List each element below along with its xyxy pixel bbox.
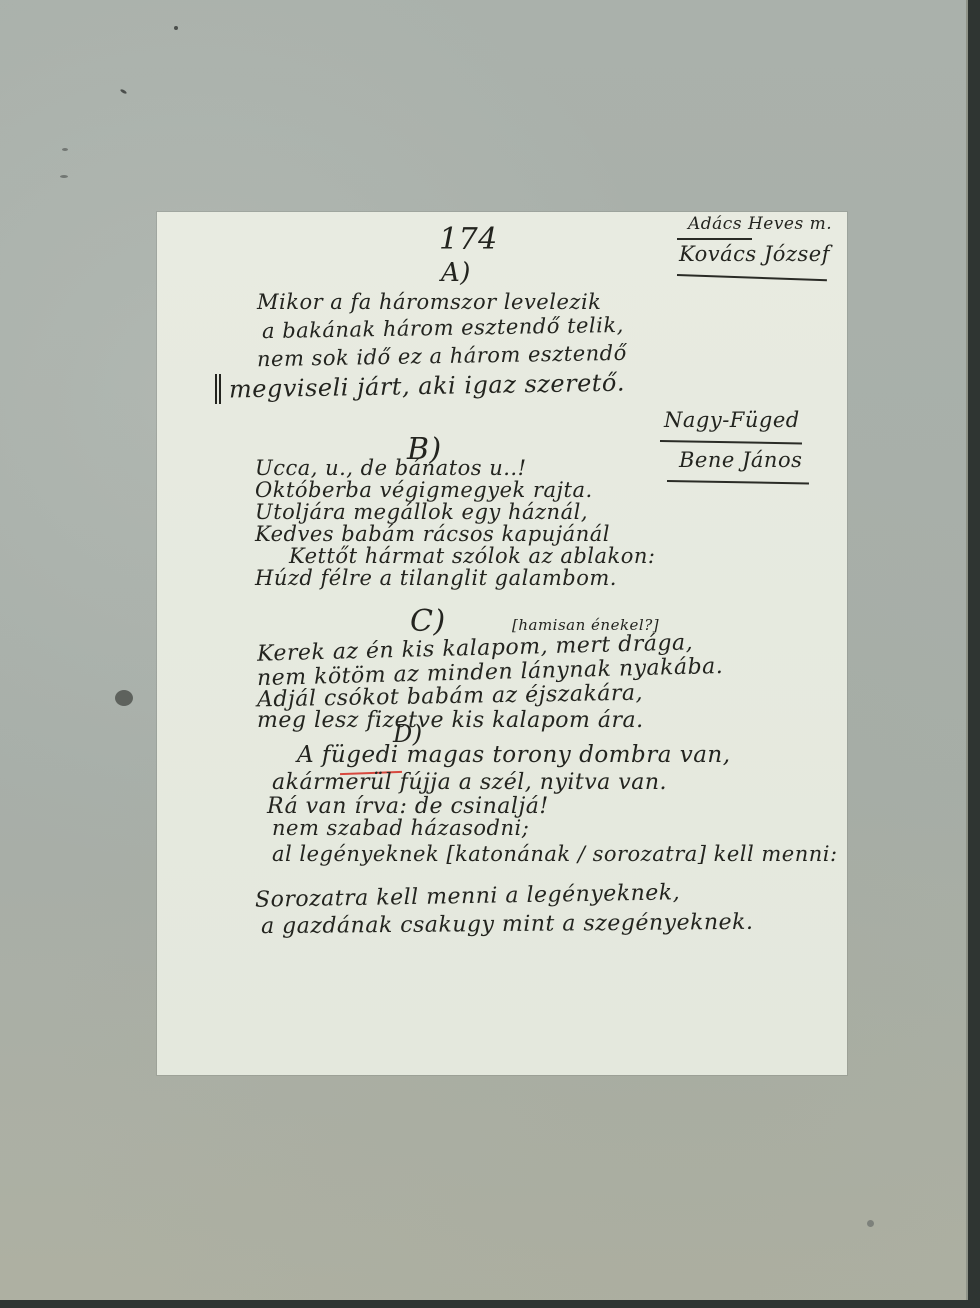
ink-speck — [120, 88, 128, 94]
section-b-line: Októberba végigmegyek rajta. — [255, 478, 593, 502]
section-d-line: a gazdának csakugy mint a szegényeknek. — [261, 910, 754, 939]
section-a-line: nem sok idő ez a három esztendő — [257, 341, 627, 371]
section-a-label: A) — [441, 258, 471, 288]
section-b-informant-underline — [667, 480, 809, 484]
section-a-line: megviseli járt, aki igaz szerető. — [229, 369, 625, 404]
section-a-line: a bakának három esztendő telik, — [262, 313, 624, 343]
section-b-line: Utoljára megállok egy háznál, — [255, 500, 588, 524]
manuscript-sheet: 174 Adács Heves m. Kovács József A) Miko… — [157, 212, 847, 1075]
section-d-line: al legényeknek [katonának / sorozatra] k… — [272, 842, 838, 866]
repeat-bar — [219, 374, 221, 404]
section-b-line: Ucca, u., de bánatos u..! — [255, 456, 527, 480]
repeat-bar — [215, 374, 217, 404]
section-d-line: Sorozatra kell menni a legényeknek, — [255, 880, 681, 912]
section-b-informant: Bene János — [679, 448, 802, 472]
section-d-line: akármerül fújja a szél, nyitva van. — [272, 770, 667, 795]
location: Adács Heves m. — [688, 214, 832, 234]
ink-speck — [867, 1220, 874, 1227]
section-b-line: Kedves babám rácsos kapujánál — [255, 522, 610, 546]
location-underline — [677, 238, 752, 240]
ink-speck — [174, 26, 178, 30]
section-b-line: Húzd félre a tilanglit galambom. — [255, 566, 617, 590]
section-b-location-underline — [660, 440, 802, 444]
informant-underline — [677, 274, 827, 281]
ink-spot — [115, 690, 133, 706]
mounting-card: 174 Adács Heves m. Kovács József A) Miko… — [0, 0, 968, 1300]
section-c-label: C) — [410, 604, 446, 639]
section-c-line: meg lesz fizetve kis kalapom ára. — [257, 708, 644, 733]
section-b-location: Nagy-Füged — [664, 408, 800, 432]
ink-speck — [62, 148, 68, 151]
section-a-line: Mikor a fa háromszor levelezik — [257, 290, 601, 314]
page-number: 174 — [439, 222, 498, 257]
section-b-line: Kettőt hármat szólok az ablakon: — [289, 544, 656, 568]
informant: Kovács József — [679, 242, 830, 266]
section-d-line: A fügedi magas torony dombra van, — [297, 742, 731, 768]
ink-speck — [60, 175, 68, 178]
section-d-line: nem szabad házasodni; — [272, 816, 529, 840]
